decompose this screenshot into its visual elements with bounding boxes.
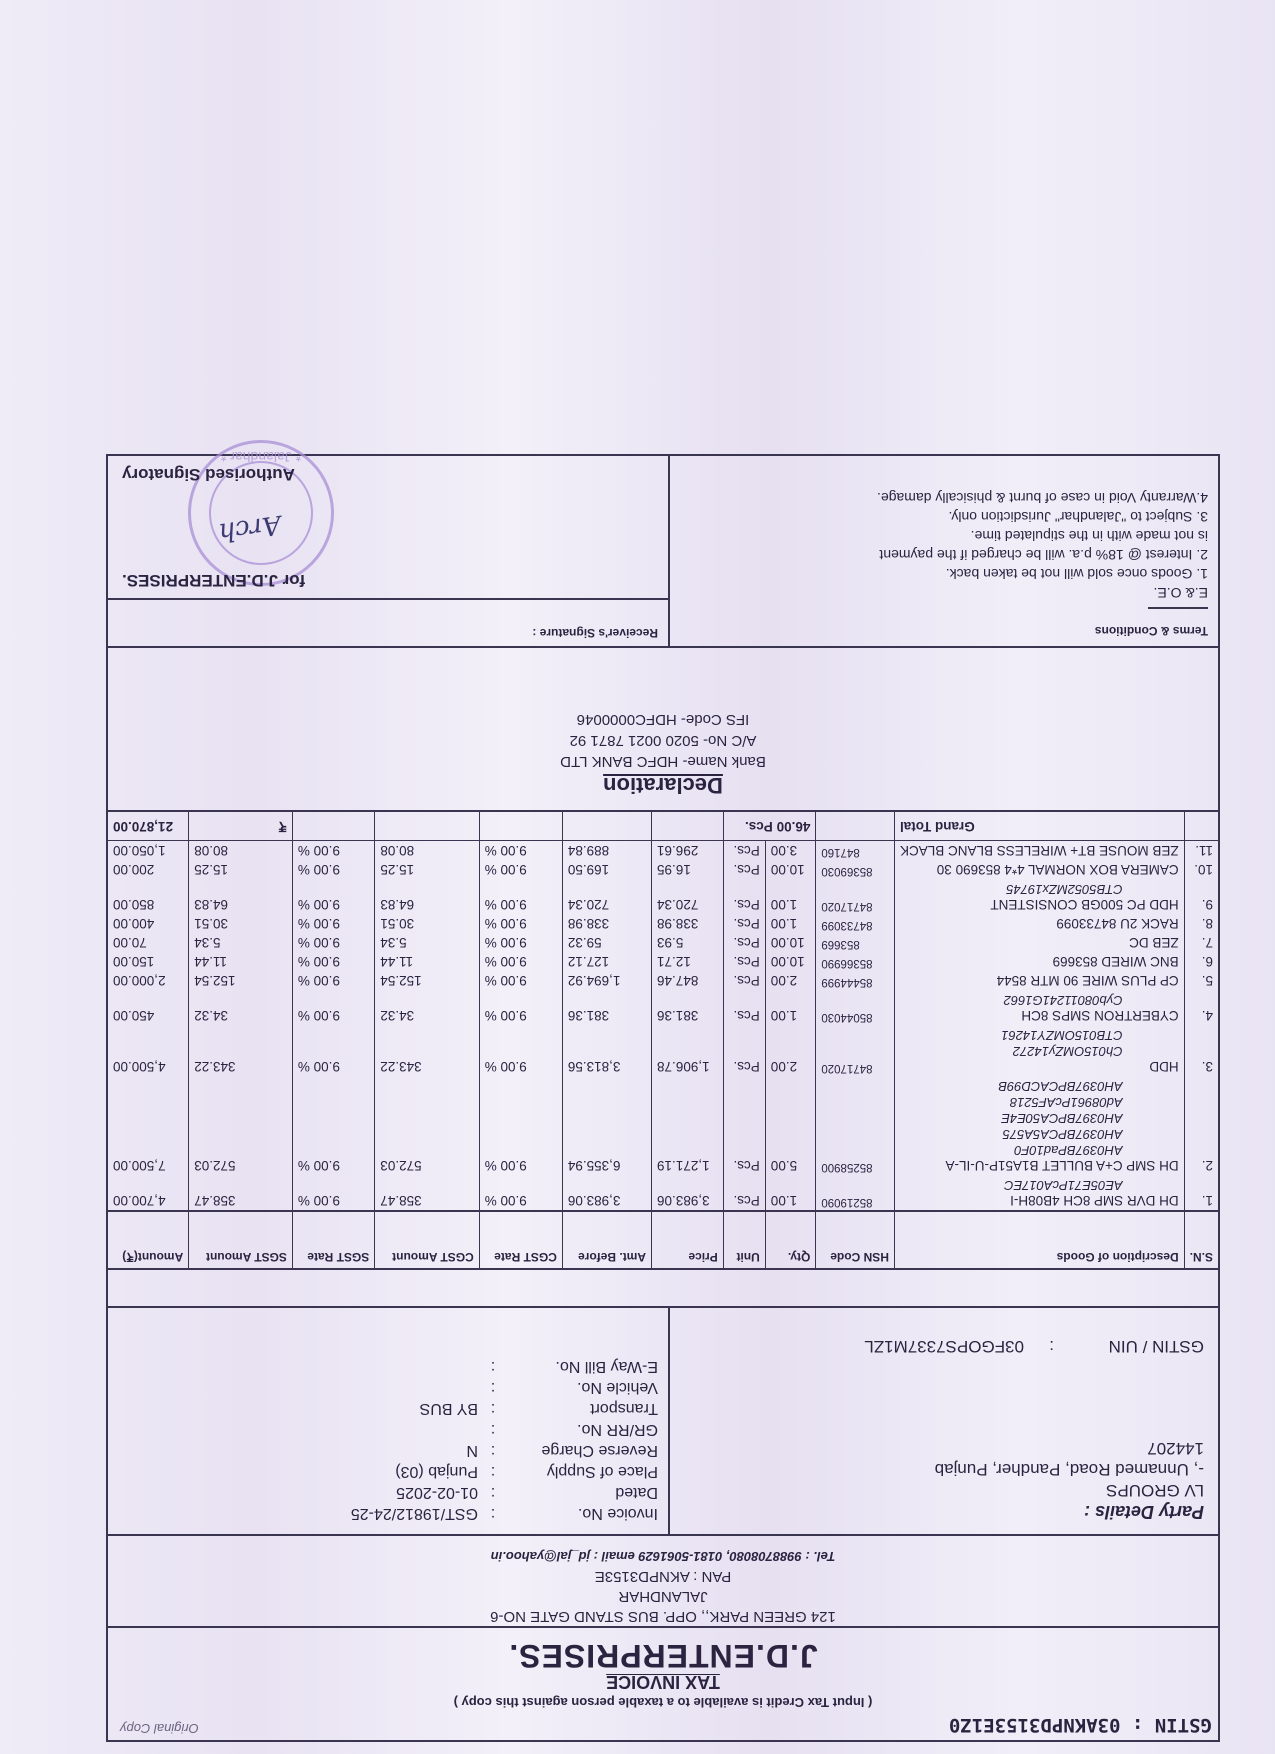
meta-label: Invoice No.	[508, 1503, 658, 1524]
meta-row: GR/RR No.:	[118, 1419, 658, 1440]
doc-title: TAX INVOICE	[108, 1671, 1218, 1692]
cell-cgst-amt: 30.51	[375, 914, 479, 933]
cell-sgst-rate: 9.00 %	[292, 1076, 374, 1175]
cell-amount: 450.00	[108, 990, 189, 1025]
cell-amt: 127.12	[562, 952, 651, 971]
grand-total-amount: 21,870.00	[108, 812, 189, 841]
cell-price: 1,906.78	[652, 1025, 724, 1076]
declaration-title: Declaration	[108, 772, 1218, 798]
column-header: Description of Goods	[894, 1211, 1184, 1268]
invoice-meta: Invoice No.:GST/19812/24-25Dated:01-02-2…	[108, 1308, 668, 1534]
meta-row: E-Way Bill No.:	[118, 1356, 658, 1377]
cell-sgst-rate: 9.00 %	[292, 841, 374, 861]
cell-cgst-amt: 15.25	[375, 860, 479, 879]
column-header: Price	[652, 1211, 724, 1268]
table-row: 3.HDDCh015OMZy14272CTB015OMZY14261847170…	[108, 1025, 1218, 1076]
cell-sgst-amt: 572.03	[189, 1076, 293, 1175]
serial-number: 7.	[1184, 933, 1218, 952]
cell-price: 296.61	[652, 841, 724, 861]
table-row: 6.BNC WIRED 8536698536699010.00Pcs.12.71…	[108, 952, 1218, 971]
cell-price: 338.98	[652, 914, 724, 933]
seller-contact: Tel. : 9988708080, 0181-5061629 email : …	[108, 1546, 1218, 1566]
invoice-header: GSTIN : 03AKNPD3153E1Z0 Original Copy ( …	[108, 1626, 1218, 1740]
cell-sgst-amt: 80.08	[189, 841, 293, 861]
table-row: 9.HDD PC 500GB CONSISTENTCTB5052MZx19745…	[108, 879, 1218, 914]
cell-hsn: 85044030	[816, 990, 895, 1025]
cell-amount: 400.00	[108, 914, 189, 933]
terms-conditions: Terms & Conditions E.& O.E. 1. Goods onc…	[668, 456, 1218, 646]
cell-cgst-rate: 9.00 %	[479, 1076, 562, 1175]
meta-label: E-Way Bill No.	[508, 1356, 658, 1377]
table-row: 10.CAMERA BOX NORMAL 4*4 853690 30853690…	[108, 860, 1218, 879]
cell-qty: 1.00	[765, 1175, 816, 1211]
seller-pan: PAN : AKNPD3153E	[108, 1566, 1218, 1586]
cell-amount: 1,050.00	[108, 841, 189, 861]
cell-cgst-rate: 9.00 %	[479, 990, 562, 1025]
serial-number: 6.	[1184, 952, 1218, 971]
meta-value	[118, 1419, 478, 1440]
spacer	[108, 1268, 1218, 1306]
cell-hsn: 85219090	[816, 1175, 895, 1211]
cell-sgst-rate: 9.00 %	[292, 914, 374, 933]
meta-label: Place of Supply	[508, 1461, 658, 1482]
itc-note: ( Input Tax Credit is available to a tax…	[108, 1695, 1218, 1710]
table-row: 7.ZEB DC85366910.00Pcs.5.9359.329.00 %5.…	[108, 933, 1218, 952]
cell-price: 1,271.19	[652, 1076, 724, 1175]
item-description: BNC WIRED 853669	[894, 952, 1184, 971]
cell-price: 720.34	[652, 879, 724, 914]
items-section: S.N.Description of GoodsHSN CodeQty.Unit…	[108, 810, 1218, 1268]
cell-amt: 3,813.56	[562, 1025, 651, 1076]
cell-unit: Pcs.	[723, 914, 765, 933]
column-header: Qty.	[765, 1211, 816, 1268]
cell-price: 381.36	[652, 990, 724, 1025]
cell-hsn: 85369030	[816, 860, 895, 879]
cell-qty: 2.00	[765, 1025, 816, 1076]
cell-sgst-rate: 9.00 %	[292, 933, 374, 952]
seller-address: 124 GREEN PARK,, OPP. BUS STAND GATE NO-…	[108, 1606, 1218, 1626]
meta-row: Reverse Charge:N	[118, 1440, 658, 1461]
cell-amount: 150.00	[108, 952, 189, 971]
cell-cgst-rate: 9.00 %	[479, 933, 562, 952]
cell-sgst-rate: 9.00 %	[292, 952, 374, 971]
cell-qty: 1.00	[765, 879, 816, 914]
cell-unit: Pcs.	[723, 990, 765, 1025]
cell-cgst-amt: 152.54	[375, 971, 479, 990]
cell-amt: 338.98	[562, 914, 651, 933]
item-description: RACK 2U 84733099	[894, 914, 1184, 933]
serial-number: 4.	[1184, 990, 1218, 1025]
cell-cgst-rate: 9.00 %	[479, 841, 562, 861]
cell-unit: Pcs.	[723, 860, 765, 879]
item-description: CYBERTRON SMPS 8CHCyb08011241G1662	[894, 990, 1184, 1025]
meta-row: Vehicle No.:	[118, 1377, 658, 1398]
bank-account: A/C No- 5020 0021 7871 92	[108, 730, 1218, 751]
cell-cgst-amt: 11.44	[375, 952, 479, 971]
cell-amount: 70.00	[108, 933, 189, 952]
cell-amount: 2,000.00	[108, 971, 189, 990]
table-row: 4.CYBERTRON SMPS 8CHCyb08011241G16628504…	[108, 990, 1218, 1025]
item-serial: Ch015OMZy14272	[900, 1043, 1179, 1059]
grand-total-row: Grand Total46.00 Pcs.₹21,870.00	[108, 812, 1218, 841]
cell-cgst-rate: 9.00 %	[479, 1175, 562, 1211]
cell-price: 12.71	[652, 952, 724, 971]
cell-hsn: 847160	[816, 841, 895, 861]
cell-unit: Pcs.	[723, 841, 765, 861]
cell-cgst-amt: 5.34	[375, 933, 479, 952]
cell-hsn: 85366990	[816, 952, 895, 971]
cell-price: 16.95	[652, 860, 724, 879]
cell-amount: 7,500.00	[108, 1076, 189, 1175]
meta-value: 01-02-2025	[118, 1482, 478, 1503]
meta-row: Invoice No.:GST/19812/24-25	[118, 1503, 658, 1524]
cell-qty: 5.00	[765, 1076, 816, 1175]
serial-number: 9.	[1184, 879, 1218, 914]
copy-label: Original Copy	[120, 1721, 199, 1736]
currency-symbol: ₹	[189, 812, 293, 841]
serial-number: 5.	[1184, 971, 1218, 990]
cell-amt: 381.36	[562, 990, 651, 1025]
cell-unit: Pcs.	[723, 879, 765, 914]
terms-line: 1. Goods once sold will not be taken bac…	[680, 564, 1208, 583]
item-serial: AE05E71PcA017EC	[900, 1177, 1179, 1193]
cell-cgst-rate: 9.00 %	[479, 914, 562, 933]
party-details: Party Details : LV GROUPS -, Unnamed Roa…	[668, 1308, 1218, 1534]
meta-value: GST/19812/24-25	[118, 1503, 478, 1524]
cell-amt: 59.32	[562, 933, 651, 952]
seller-city: JALANDHAR	[108, 1586, 1218, 1606]
footer-section: Terms & Conditions E.& O.E. 1. Goods onc…	[108, 456, 1218, 646]
cell-sgst-amt: 64.83	[189, 879, 293, 914]
firm-name: J.D.ENTERPRISES.	[108, 1637, 1218, 1674]
item-description: DH SMP C+A BULLET B1A51P-U-IL-AAH0397BPa…	[894, 1076, 1184, 1175]
item-serial: Ad08961PcAF5218	[900, 1094, 1179, 1110]
cell-qty: 3.00	[765, 841, 816, 861]
meta-label: GR/RR No.	[508, 1419, 658, 1440]
cell-sgst-rate: 9.00 %	[292, 990, 374, 1025]
meta-row: Transport:BY BUS	[118, 1398, 658, 1419]
terms-heading: Terms & Conditions	[680, 621, 1208, 640]
column-header: S.N.	[1184, 1211, 1218, 1268]
party-name: LV GROUPS	[684, 1480, 1204, 1501]
cell-qty: 10.00	[765, 952, 816, 971]
item-serial: CTB5052MZx19745	[900, 881, 1179, 897]
bank-name: Bank Name- HDFC BANK LTD	[108, 751, 1218, 772]
party-pin: 144207	[684, 1438, 1204, 1459]
meta-label: Vehicle No.	[508, 1377, 658, 1398]
item-description: CP PLUS WIRE 90 MTR 8544	[894, 971, 1184, 990]
party-section: Party Details : LV GROUPS -, Unnamed Roa…	[108, 1306, 1218, 1534]
item-description: HDD PC 500GB CONSISTENTCTB5052MZx19745	[894, 879, 1184, 914]
bank-ifsc: IFS Code- HDFC0000046	[108, 709, 1218, 730]
cell-cgst-amt: 34.32	[375, 990, 479, 1025]
cell-cgst-rate: 9.00 %	[479, 952, 562, 971]
table-row: 2.DH SMP C+A BULLET B1A51P-U-IL-AAH0397B…	[108, 1076, 1218, 1175]
cell-sgst-amt: 343.22	[189, 1025, 293, 1076]
cell-qty: 10.00	[765, 933, 816, 952]
cell-sgst-amt: 15.25	[189, 860, 293, 879]
seller-details: 124 GREEN PARK,, OPP. BUS STAND GATE NO-…	[108, 1534, 1218, 1626]
table-row: 8.RACK 2U 84733099847330991.00Pcs.338.98…	[108, 914, 1218, 933]
item-serial: AH0397BPCACD99B	[900, 1078, 1179, 1094]
item-serial: AH0397BPCA50E4E	[900, 1110, 1179, 1126]
meta-label: Dated	[508, 1482, 658, 1503]
cell-amt: 169.50	[562, 860, 651, 879]
cell-price: 5.93	[652, 933, 724, 952]
item-description: DH DVR SMP 8CH 4B08H-IAE05E71PcA017EC	[894, 1175, 1184, 1211]
cell-sgst-rate: 9.00 %	[292, 971, 374, 990]
meta-value	[118, 1356, 478, 1377]
column-header: SGST Rate	[292, 1211, 374, 1268]
item-description: HDDCh015OMZy14272CTB015OMZY14261	[894, 1025, 1184, 1076]
receiver-signature: Receiver's Signature :	[108, 598, 668, 646]
party-heading: Party Details :	[684, 1501, 1204, 1522]
cell-price: 3,983.06	[652, 1175, 724, 1211]
cell-hsn: 85444999	[816, 971, 895, 990]
eoe: E.& O.E.	[680, 583, 1208, 621]
table-row: 11.ZEB MOUSE BT+ WIRELESS BLANC BLACK847…	[108, 841, 1218, 861]
column-header: CGST Rate	[479, 1211, 562, 1268]
cell-unit: Pcs.	[723, 971, 765, 990]
cell-unit: Pcs.	[723, 1175, 765, 1211]
item-serial: Cyb08011241G1662	[900, 992, 1179, 1008]
item-serial: CTB015OMZY14261	[900, 1027, 1179, 1043]
serial-number: 1.	[1184, 1175, 1218, 1211]
cell-amt: 889.84	[562, 841, 651, 861]
cell-cgst-amt: 64.83	[375, 879, 479, 914]
column-header: SGST Amount	[189, 1211, 293, 1268]
items-table: S.N.Description of GoodsHSN CodeQty.Unit…	[108, 812, 1218, 1268]
cell-price: 847.46	[652, 971, 724, 990]
cell-cgst-amt: 80.08	[375, 841, 479, 861]
serial-number: 2.	[1184, 1076, 1218, 1175]
terms-line: 3. Subject to "Jalandhar" Jurisdiction o…	[680, 507, 1208, 526]
cell-amount: 200.00	[108, 860, 189, 879]
serial-number: 3.	[1184, 1025, 1218, 1076]
meta-row: Place of Supply:Punjab (03)	[118, 1461, 658, 1482]
cell-qty: 2.00	[765, 971, 816, 990]
cell-amt: 720.34	[562, 879, 651, 914]
serial-number: 8.	[1184, 914, 1218, 933]
cell-amt: 6,355.94	[562, 1076, 651, 1175]
cell-cgst-amt: 358.47	[375, 1175, 479, 1211]
cell-hsn: 84717020	[816, 1025, 895, 1076]
column-header: Amount(₹)	[108, 1211, 189, 1268]
invoice-frame: GSTIN : 03AKNPD3153E1Z0 Original Copy ( …	[106, 454, 1220, 1742]
party-address: -, Unnamed Road, Pandher, Punjab	[684, 1459, 1204, 1480]
cell-cgst-rate: 9.00 %	[479, 1025, 562, 1076]
cell-unit: Pcs.	[723, 952, 765, 971]
item-description: ZEB MOUSE BT+ WIRELESS BLANC BLACK	[894, 841, 1184, 861]
authorised-signatory: * Jalandhar * Arch for J.D.ENTERPRISES. …	[108, 456, 668, 598]
terms-line: 2. Interest @ 18% p.a. will be charged i…	[680, 545, 1208, 564]
meta-row: Dated:01-02-2025	[118, 1482, 658, 1503]
cell-unit: Pcs.	[723, 1076, 765, 1175]
invoice-sheet: GSTIN : 03AKNPD3153E1Z0 Original Copy ( …	[0, 0, 1275, 1754]
terms-line: is not made with in the stipulated time.	[680, 526, 1208, 545]
column-header: HSN Code	[816, 1211, 895, 1268]
cell-amount: 4,500.00	[108, 1025, 189, 1076]
item-description: ZEB DC	[894, 933, 1184, 952]
signature-area: Receiver's Signature : * Jalandhar * Arc…	[108, 456, 668, 646]
meta-label: Transport	[508, 1398, 658, 1419]
cell-cgst-rate: 9.00 %	[479, 860, 562, 879]
cell-sgst-amt: 34.32	[189, 990, 293, 1025]
cell-amount: 4,700.00	[108, 1175, 189, 1211]
meta-value: N	[118, 1440, 478, 1461]
cell-cgst-amt: 572.03	[375, 1076, 479, 1175]
terms-line: 4.Warranty Void in case of burnt & phisi…	[680, 488, 1208, 507]
cell-cgst-rate: 9.00 %	[479, 971, 562, 990]
cell-sgst-amt: 358.47	[189, 1175, 293, 1211]
party-gstin: GSTIN / UIN:03FGOPS7337M1ZL	[864, 1336, 1204, 1356]
cell-sgst-amt: 11.44	[189, 952, 293, 971]
serial-number: 10.	[1184, 860, 1218, 879]
for-company-label: for J.D.ENTERPRISES.	[122, 570, 305, 590]
table-row: 5.CP PLUS WIRE 90 MTR 8544854449992.00Pc…	[108, 971, 1218, 990]
cell-hsn: 84717020	[816, 879, 895, 914]
cell-unit: Pcs.	[723, 933, 765, 952]
cell-amount: 850.00	[108, 879, 189, 914]
cell-hsn: 85258900	[816, 1076, 895, 1175]
item-serial: AH0397BPad10F0	[900, 1142, 1179, 1158]
grand-total-qty: 46.00 Pcs.	[723, 812, 816, 841]
column-header: Amt. Before	[562, 1211, 651, 1268]
item-serial: AH0397BPCA5A575	[900, 1126, 1179, 1142]
column-header: Unit	[723, 1211, 765, 1268]
cell-sgst-rate: 9.00 %	[292, 879, 374, 914]
authorised-signatory-label: Authorised Signatory	[122, 464, 295, 484]
cell-sgst-rate: 9.00 %	[292, 1175, 374, 1211]
cell-qty: 1.00	[765, 914, 816, 933]
cell-amt: 1,694.92	[562, 971, 651, 990]
cell-sgst-rate: 9.00 %	[292, 1025, 374, 1076]
cell-sgst-amt: 5.34	[189, 933, 293, 952]
grand-total-label: Grand Total	[894, 812, 1184, 841]
cell-cgst-amt: 343.22	[375, 1025, 479, 1076]
cell-qty: 1.00	[765, 990, 816, 1025]
cell-hsn: 853669	[816, 933, 895, 952]
cell-qty: 10.00	[765, 860, 816, 879]
item-description: CAMERA BOX NORMAL 4*4 853690 30	[894, 860, 1184, 879]
meta-value	[118, 1377, 478, 1398]
cell-amt: 3,983.06	[562, 1175, 651, 1211]
cell-sgst-amt: 30.51	[189, 914, 293, 933]
cell-hsn: 84733099	[816, 914, 895, 933]
seller-gstin: GSTIN : 03AKNPD3153E1Z0	[949, 1714, 1212, 1736]
cell-sgst-amt: 152.54	[189, 971, 293, 990]
cell-cgst-rate: 9.00 %	[479, 879, 562, 914]
column-header: CGST Amount	[375, 1211, 479, 1268]
serial-number: 11.	[1184, 841, 1218, 861]
cell-sgst-rate: 9.00 %	[292, 860, 374, 879]
meta-value: Punjab (03)	[118, 1461, 478, 1482]
meta-label: Reverse Charge	[508, 1440, 658, 1461]
cell-unit: Pcs.	[723, 1025, 765, 1076]
declaration-section: Declaration Bank Name- HDFC BANK LTD A/C…	[108, 646, 1218, 798]
meta-value: BY BUS	[118, 1398, 478, 1419]
table-row: 1.DH DVR SMP 8CH 4B08H-IAE05E71PcA017EC8…	[108, 1175, 1218, 1211]
